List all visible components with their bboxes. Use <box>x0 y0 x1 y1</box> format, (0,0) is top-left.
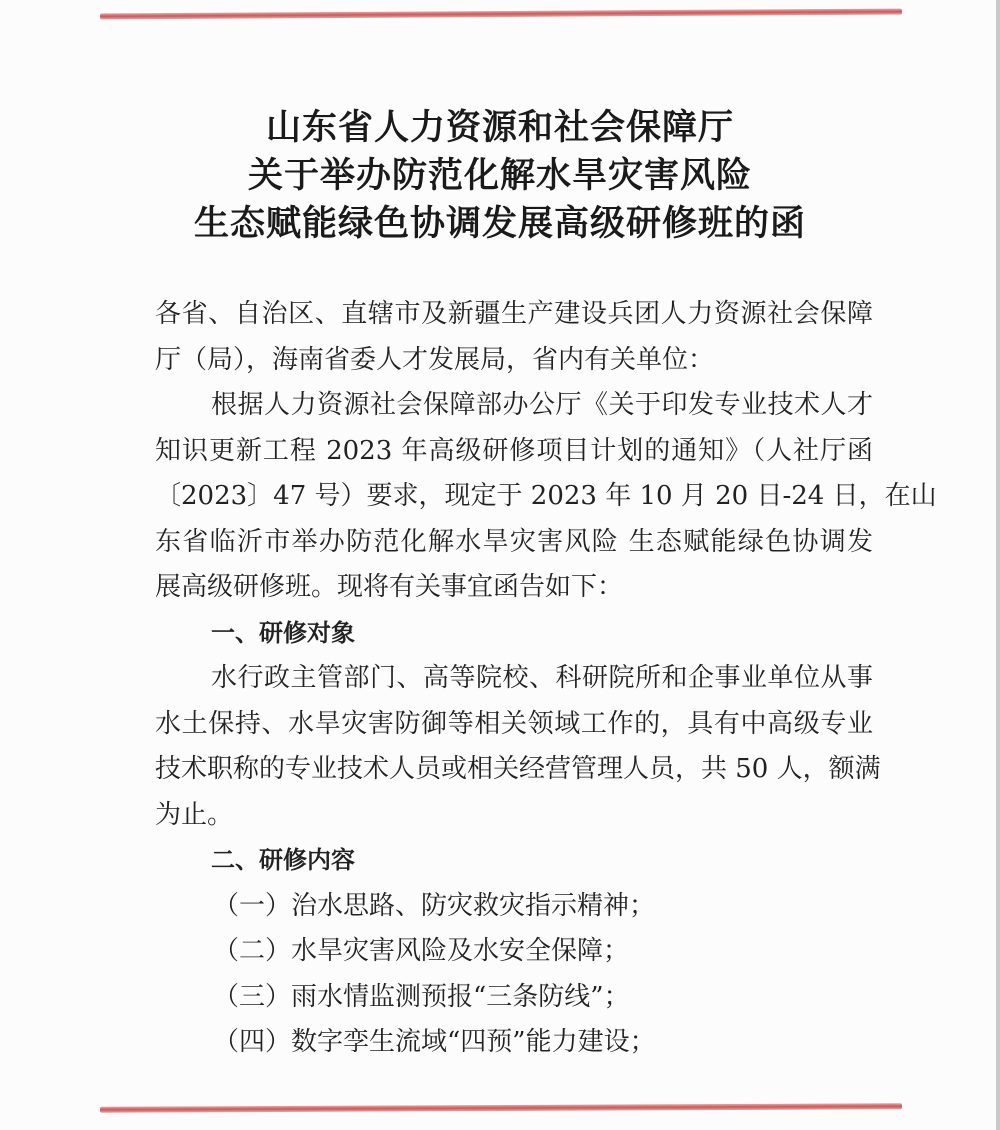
top-red-rule <box>100 9 902 20</box>
section-1-line-1: 水行政主管部门、高等院校、科研院所和企事业单位从事 <box>155 656 873 702</box>
section-2-item-3: （三）雨水情监测预报“三条防线”； <box>155 975 873 1021</box>
page-edge <box>996 0 1000 1130</box>
document-body: 各省、自治区、直辖市及新疆生产建设兵团人力资源社会保障 厅（局），海南省委人才发… <box>155 292 873 1066</box>
intro-line-1: 根据人力资源社会保障部办公厅《关于印发专业技术人才 <box>155 383 873 429</box>
section-2-item-2: （二）水旱灾害风险及水安全保障； <box>155 929 873 975</box>
intro-line-5: 展高级研修班。现将有关事宜函告如下： <box>155 565 873 611</box>
title-line-1: 山东省人力资源和社会保障厅 <box>0 104 1000 152</box>
section-1-heading: 一、研修对象 <box>155 611 873 657</box>
document-title: 山东省人力资源和社会保障厅 关于举办防范化解水旱灾害风险 生态赋能绿色协调发展高… <box>0 104 1000 248</box>
intro-line-3: 〔2023〕47 号）要求，现定于 2023 年 10 月 20 日-24 日，… <box>155 474 873 520</box>
section-2-heading: 二、研修内容 <box>155 838 873 884</box>
section-1-line-4: 为止。 <box>155 793 873 839</box>
section-1-line-2: 水土保持、水旱灾害防御等相关领域工作的，具有中高级专业 <box>155 702 873 748</box>
addressee-line-1: 各省、自治区、直辖市及新疆生产建设兵团人力资源社会保障 <box>155 292 873 338</box>
title-line-2: 关于举办防范化解水旱灾害风险 <box>0 152 1000 200</box>
intro-line-2: 知识更新工程 2023 年高级研修项目计划的通知》（人社厅函 <box>155 429 873 475</box>
intro-line-4: 东省临沂市举办防范化解水旱灾害风险 生态赋能绿色协调发 <box>155 520 873 566</box>
bottom-red-rule <box>100 1103 902 1112</box>
section-1-line-3: 技术职称的专业技术人员或相关经营管理人员，共 50 人，额满 <box>155 747 873 793</box>
section-2-item-1: （一）治水思路、防灾救灾指示精神； <box>155 884 873 930</box>
document-page: 山东省人力资源和社会保障厅 关于举办防范化解水旱灾害风险 生态赋能绿色协调发展高… <box>0 0 1000 1130</box>
title-line-3: 生态赋能绿色协调发展高级研修班的函 <box>0 200 1000 248</box>
section-2-item-4: （四）数字孪生流域“四预”能力建设； <box>155 1020 873 1066</box>
addressee-line-2: 厅（局），海南省委人才发展局，省内有关单位： <box>155 338 873 384</box>
